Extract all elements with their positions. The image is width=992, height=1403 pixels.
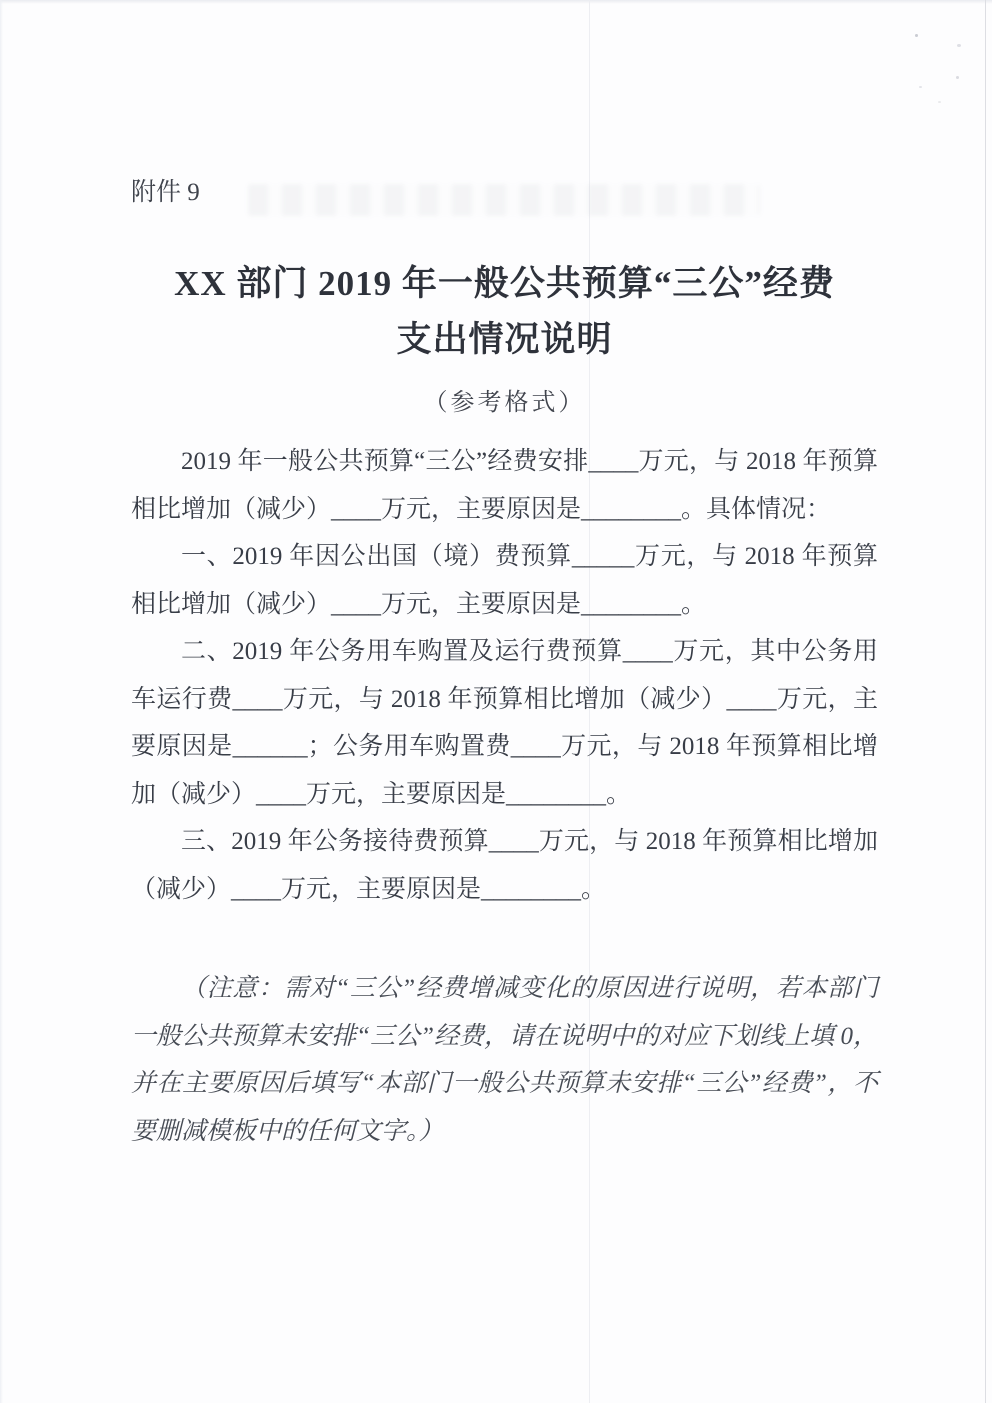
document-title-line-1: XX 部门 2019 年一般公共预算“三公”经费 [131, 256, 878, 312]
dust-speck [919, 86, 922, 88]
attachment-label: 附件 9 [131, 172, 878, 208]
paragraph-item-2-official-vehicles: 二、2019 年公务用车购置及运行费预算____万元，其中公务用车运行费____… [131, 628, 878, 818]
paragraph-item-1-overseas-travel: 一、2019 年因公出国（境）费预算_____万元，与 2018 年预算相比增加… [131, 533, 878, 628]
paragraph-item-3-official-reception: 三、2019 年公务接待费预算____万元，与 2018 年预算相比增加（减少）… [131, 818, 878, 913]
document-title: XX 部门 2019 年一般公共预算“三公”经费 支出情况说明 [131, 256, 878, 368]
note-paragraph: （注意：需对“三公”经费增减变化的原因进行说明，若本部门一般公共预算未安排“三公… [131, 965, 878, 1155]
dust-speck [938, 101, 941, 103]
document-body: 2019 年一般公共预算“三公”经费安排____万元，与 2018 年预算相比增… [131, 438, 878, 1155]
document-subtitle: （参考格式） [131, 382, 878, 417]
dust-speck [957, 44, 961, 47]
document-content: 附件 9 XX 部门 2019 年一般公共预算“三公”经费 支出情况说明 （参考… [131, 0, 878, 1155]
scan-right-edge [985, 0, 986, 1403]
scan-left-edge [0, 0, 3, 1403]
document-title-line-2: 支出情况说明 [131, 312, 878, 368]
dust-speck [915, 34, 918, 37]
dust-speck [956, 76, 959, 79]
scanned-document-page: 附件 9 XX 部门 2019 年一般公共预算“三公”经费 支出情况说明 （参考… [0, 0, 992, 1403]
paragraph-summary: 2019 年一般公共预算“三公”经费安排____万元，与 2018 年预算相比增… [131, 438, 878, 533]
